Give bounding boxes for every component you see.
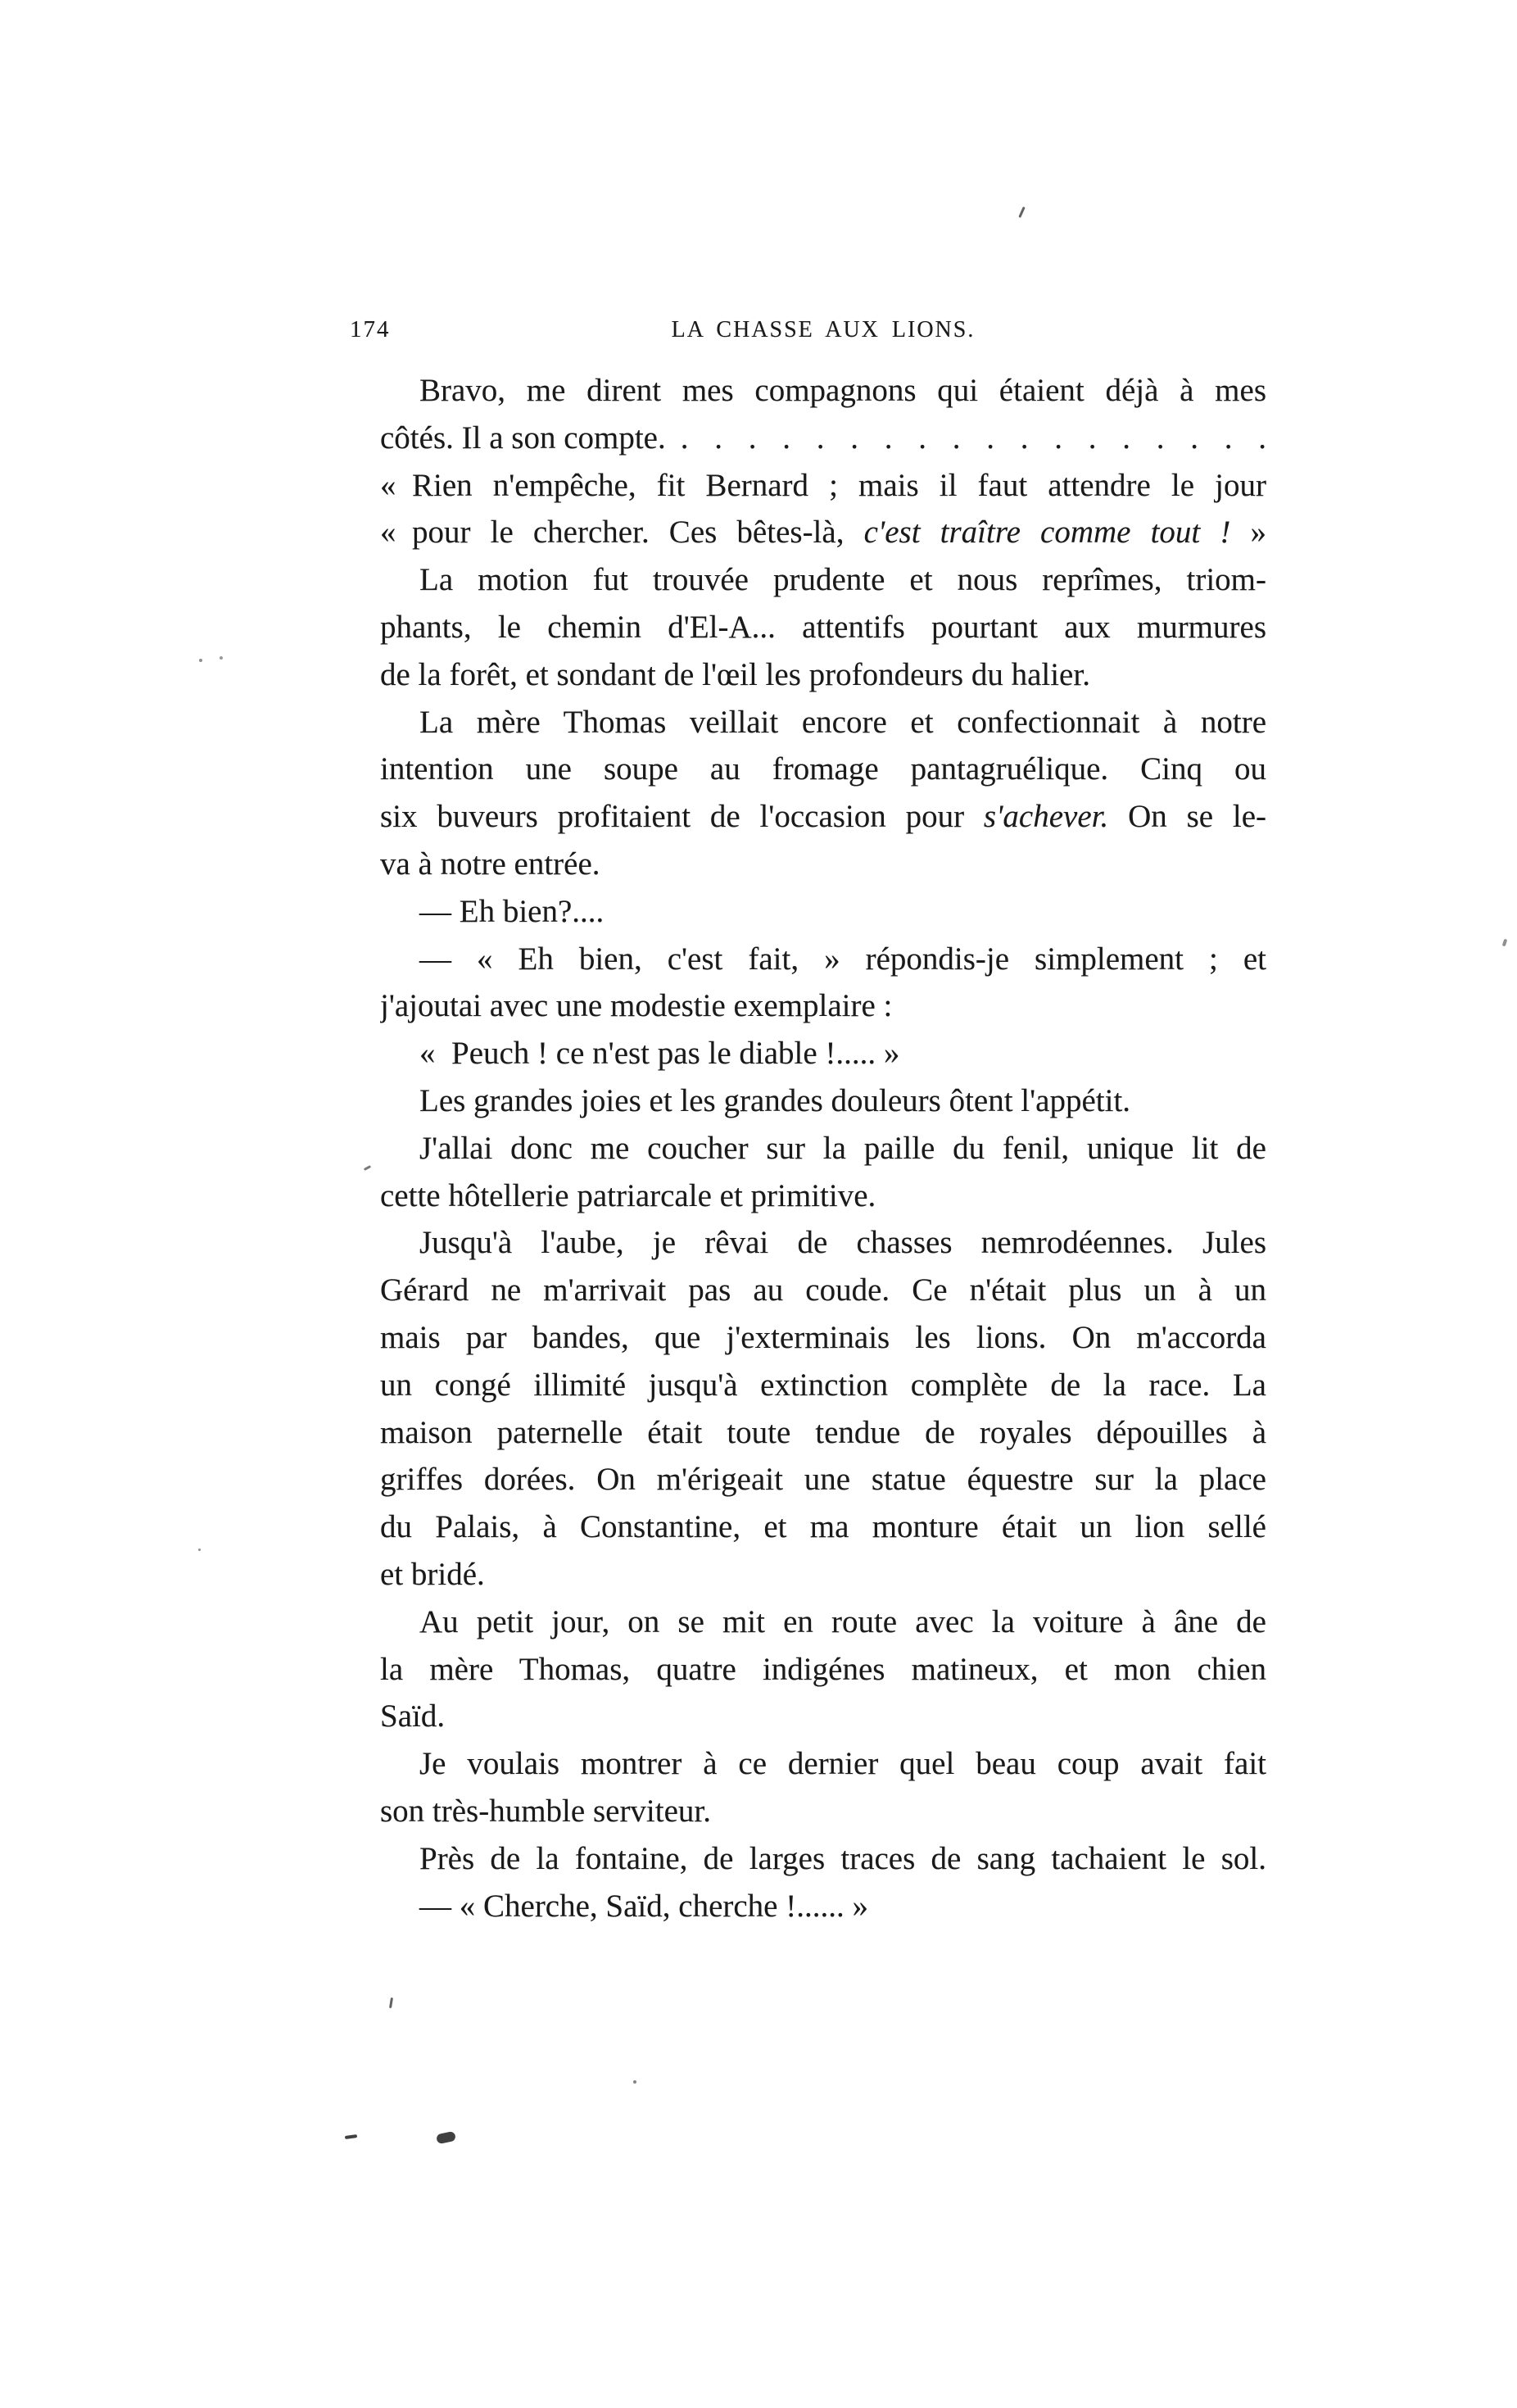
text-segment: « Rien n'empêche, fit Bernard ; mais il … xyxy=(380,468,1266,503)
text-segment: intention une soupe au fromage pantagrué… xyxy=(380,751,1266,787)
text-line: — Eh bien?.... xyxy=(380,888,1266,936)
text-segment: son très-humble serviteur. xyxy=(380,1794,711,1829)
text-segment: six buveurs profitaient de l'occasion po… xyxy=(380,799,984,834)
scan-speck xyxy=(199,659,202,662)
text-line: — « Cherche, Saïd, cherche !...... » xyxy=(380,1883,1266,1930)
text-line: J'allai donc me coucher sur la paille du… xyxy=(380,1125,1266,1172)
text-line: maison paternelle était toute tendue de … xyxy=(380,1409,1266,1457)
text-segment: — « Cherche, Saïd, cherche !...... » xyxy=(419,1889,868,1924)
text-line: Je voulais montrer à ce dernier quel bea… xyxy=(380,1740,1266,1788)
text-segment: — « Eh bien, c'est fait, » répondis-je s… xyxy=(419,941,1266,977)
text-line: Bravo, me dirent mes compagnons qui étai… xyxy=(380,367,1266,415)
text-line: — « Eh bien, c'est fait, » répondis-je s… xyxy=(380,936,1266,983)
scan-speck xyxy=(198,1549,201,1551)
text-line: « Rien n'empêche, fit Bernard ; mais il … xyxy=(380,462,1266,510)
text-segment: cette hôtellerie patriarcale et primitiv… xyxy=(380,1178,876,1213)
running-title: LA CHASSE AUX LIONS. xyxy=(380,319,1266,342)
text-segment: On se le- xyxy=(1108,799,1266,834)
text-segment: J'allai donc me coucher sur la paille du… xyxy=(419,1131,1266,1166)
text-line: Jusqu'à l'aube, je rêvai de chasses nemr… xyxy=(380,1219,1266,1267)
text-line: et bridé. xyxy=(380,1551,1266,1599)
italic-text-segment: c'est traître comme tout ! xyxy=(864,515,1231,550)
text-segment: Les grandes joies et les grandes douleur… xyxy=(419,1083,1130,1118)
scan-speck xyxy=(1018,206,1025,218)
text-segment: « Peuch ! ce n'est pas le diable !..... … xyxy=(419,1036,899,1071)
text-segment: « pour le chercher. Ces bêtes-là, xyxy=(380,515,864,550)
text-line: Au petit jour, on se mit en route avec l… xyxy=(380,1599,1266,1646)
text-segment: maison paternelle était toute tendue de … xyxy=(380,1415,1266,1450)
text-line: Saïd. xyxy=(380,1693,1266,1740)
text-line: la mère Thomas, quatre indigénes matineu… xyxy=(380,1646,1266,1694)
text-segment: phants, le chemin d'El-A... attentifs po… xyxy=(380,610,1266,645)
scan-speck xyxy=(220,656,223,660)
text-line: mais par bandes, que j'exterminais les l… xyxy=(380,1314,1266,1362)
text-segment: — Eh bien?.... xyxy=(419,894,604,929)
text-line: va à notre entrée. xyxy=(380,841,1266,888)
text-line: phants, le chemin d'El-A... attentifs po… xyxy=(380,604,1266,651)
text-line: j'ajoutai avec une modestie exemplaire : xyxy=(380,982,1266,1030)
text-segment: va à notre entrée. xyxy=(380,846,600,882)
text-line: La mère Thomas veillait encore et confec… xyxy=(380,699,1266,746)
text-segment: » xyxy=(1230,515,1266,550)
text-segment: Bravo, me dirent mes compagnons qui étai… xyxy=(419,373,1266,408)
text-line: intention une soupe au fromage pantagrué… xyxy=(380,746,1266,793)
text-segment: Près de la fontaine, de larges traces de… xyxy=(419,1841,1266,1876)
text-segment: Je voulais montrer à ce dernier quel bea… xyxy=(419,1746,1266,1781)
text-segment: Gérard ne m'arrivait pas au coude. Ce n'… xyxy=(380,1272,1266,1308)
scanned-book-page: 174 LA CHASSE AUX LIONS. Bravo, me diren… xyxy=(0,0,1517,2408)
text-segment: Au petit jour, on se mit en route avec l… xyxy=(419,1604,1266,1639)
text-segment: du Palais, à Constantine, et ma monture … xyxy=(380,1509,1266,1544)
text-line: cette hôtellerie patriarcale et primitiv… xyxy=(380,1172,1266,1220)
text-line: de la forêt, et sondant de l'œil les pro… xyxy=(380,651,1266,699)
italic-text-segment: s'achever. xyxy=(984,799,1108,834)
text-segment: de la forêt, et sondant de l'œil les pro… xyxy=(380,657,1090,692)
text-segment: côtés. Il a son compte. xyxy=(380,415,666,462)
scan-speck xyxy=(633,2080,636,2084)
text-segment: La mère Thomas veillait encore et confec… xyxy=(419,705,1266,740)
text-line: Les grandes joies et les grandes douleur… xyxy=(380,1077,1266,1125)
text-segment: Saïd. xyxy=(380,1698,445,1734)
text-segment: et bridé. xyxy=(380,1557,485,1592)
scan-speck xyxy=(389,1998,393,2008)
text-segment: la mère Thomas, quatre indigénes matineu… xyxy=(380,1652,1266,1687)
text-line: six buveurs profitaient de l'occasion po… xyxy=(380,793,1266,841)
scan-speck xyxy=(436,2131,456,2145)
scan-speck xyxy=(1502,939,1508,947)
text-segment: Jusqu'à l'aube, je rêvai de chasses nemr… xyxy=(419,1225,1266,1260)
body-text-block: Bravo, me dirent mes compagnons qui étai… xyxy=(380,367,1266,1930)
text-line: du Palais, à Constantine, et ma monture … xyxy=(380,1503,1266,1551)
text-segment: mais par bandes, que j'exterminais les l… xyxy=(380,1320,1266,1355)
text-line: griffes dorées. On m'érigeait une statue… xyxy=(380,1456,1266,1503)
text-line: « Peuch ! ce n'est pas le diable !..... … xyxy=(380,1030,1266,1077)
text-segment: griffes dorées. On m'érigeait une statue… xyxy=(380,1462,1266,1497)
text-segment: La motion fut trouvée prudente et nous r… xyxy=(419,562,1266,597)
text-segment: un congé illimité jusqu'à extinction com… xyxy=(380,1367,1266,1403)
scan-speck xyxy=(345,2134,357,2139)
dot-leader: . . . . . . . . . . . . . . . . . . . . xyxy=(666,415,1266,462)
text-line: côtés. Il a son compte.. . . . . . . . .… xyxy=(380,415,1266,462)
text-segment: j'ajoutai avec une modestie exemplaire : xyxy=(380,988,892,1023)
text-line: « pour le chercher. Ces bêtes-là, c'est … xyxy=(380,509,1266,556)
text-line: Gérard ne m'arrivait pas au coude. Ce n'… xyxy=(380,1267,1266,1314)
text-line: un congé illimité jusqu'à extinction com… xyxy=(380,1362,1266,1409)
scan-speck xyxy=(364,1165,371,1171)
text-line: Près de la fontaine, de larges traces de… xyxy=(380,1835,1266,1883)
text-line: La motion fut trouvée prudente et nous r… xyxy=(380,556,1266,604)
text-line: son très-humble serviteur. xyxy=(380,1788,1266,1835)
